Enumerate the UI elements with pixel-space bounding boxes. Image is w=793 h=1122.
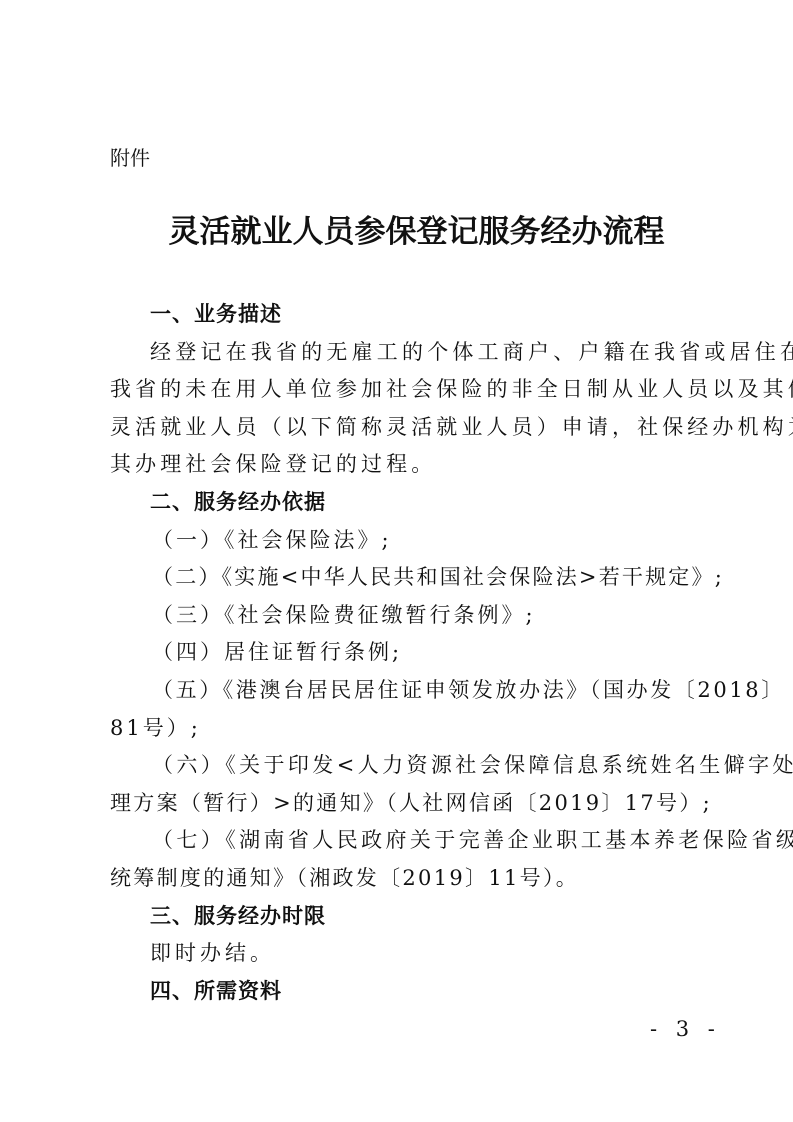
basis-item-6: （六）《关于印发<人力资源社会保障信息系统姓名生僻字处 [110,747,698,785]
basis-item-1: （一）《社会保险法》; [110,522,698,560]
section-heading: 一、业务描述 [110,296,698,334]
document-page: 附件 灵活就业人员参保登记服务经办流程 一、业务描述 经登记在我省的无雇工的个体… [0,0,793,1122]
document-body: 一、业务描述 经登记在我省的无雇工的个体工商户、户籍在我省或居住在 我省的未在用… [110,296,698,1010]
basis-item-7: （七）《湖南省人民政府关于完善企业职工基本养老保险省级 [110,822,698,860]
basis-item-7-cont: 统筹制度的通知》（湘政发〔2019〕11号）。 [110,860,698,898]
basis-item-6-cont: 理方案（暂行）>的通知》（人社网信函〔2019〕17号）; [110,785,698,823]
paragraph-line: 灵活就业人员（以下简称灵活就业人员）申请，社保经办机构为 [110,409,698,447]
basis-item-2: （二）《实施<中华人民共和国社会保险法>若干规定》; [110,559,698,597]
section-heading: 四、所需资料 [110,973,698,1011]
page-number: - 3 - [650,1017,721,1041]
basis-item-5-cont: 81号）; [110,710,698,748]
attachment-label: 附件 [110,142,150,171]
paragraph-line: 我省的未在用人单位参加社会保险的非全日制从业人员以及其他 [110,371,698,409]
paragraph-line: 即时办结。 [110,935,698,973]
basis-item-5: （五）《港澳台居民居住证申领发放办法》（国办发〔2018〕 [110,672,698,710]
section-heading: 三、服务经办时限 [110,898,698,936]
document-title: 灵活就业人员参保登记服务经办流程 [0,206,793,251]
paragraph-line: 其办理社会保险登记的过程。 [110,446,698,484]
section-heading: 二、服务经办依据 [110,484,698,522]
basis-item-4: （四）居住证暂行条例; [110,634,698,672]
paragraph-line: 经登记在我省的无雇工的个体工商户、户籍在我省或居住在 [110,334,698,372]
basis-item-3: （三）《社会保险费征缴暂行条例》; [110,597,698,635]
